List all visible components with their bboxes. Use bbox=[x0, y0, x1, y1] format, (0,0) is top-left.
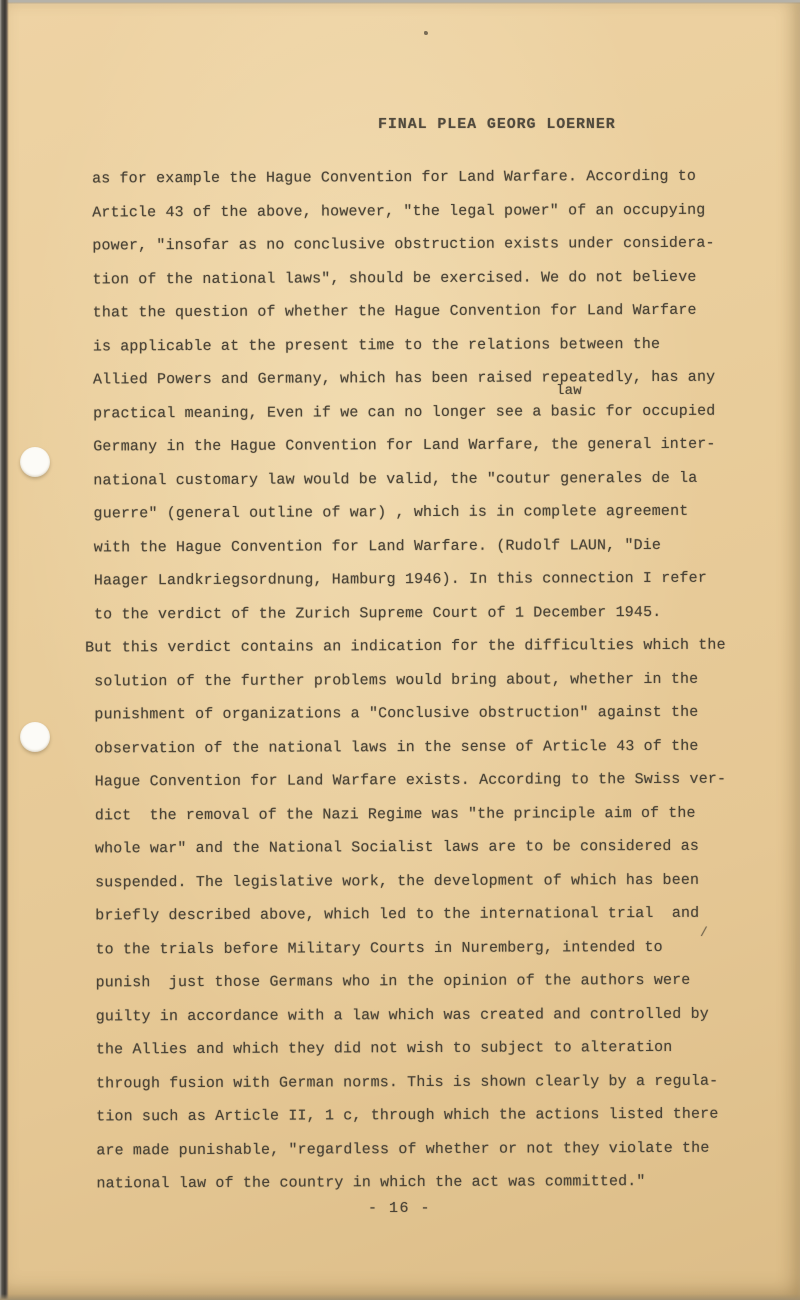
interlinear-insertion: law bbox=[556, 383, 582, 399]
scan-edge-bottom bbox=[0, 1294, 800, 1300]
text-line: suspended. The legislative work, the dev… bbox=[95, 865, 755, 901]
text-line: with the Hague Convention for Land Warfa… bbox=[94, 530, 754, 566]
text-line: tion such as Article II, 1 c, through wh… bbox=[96, 1100, 756, 1136]
text-line: Hague Convention for Land Warfare exists… bbox=[95, 765, 755, 801]
text-line: dict the removal of the Nazi Regime was … bbox=[95, 798, 755, 834]
text-line: through fusion with German norms. This i… bbox=[96, 1066, 756, 1102]
text-line: punishment of organizations a "Conclusiv… bbox=[94, 698, 754, 734]
document-body: as for example the Hague Convention for … bbox=[92, 162, 757, 1203]
text-line: to the verdict of the Zurich Supreme Cou… bbox=[94, 597, 754, 633]
text-line: But this verdict contains an indication … bbox=[85, 631, 754, 667]
text-line: as for example the Hague Convention for … bbox=[92, 162, 752, 198]
text-line: Allied Powers and Germany, which has bee… bbox=[93, 363, 753, 399]
text-line: Germany in the Hague Convention for Land… bbox=[93, 430, 753, 466]
text-line: Article 43 of the above, however, "the l… bbox=[92, 195, 752, 231]
scan-edge-top bbox=[0, 0, 800, 4]
text-line: national customary law would be valid, t… bbox=[93, 463, 753, 499]
text-line: the Allies and which they did not wish t… bbox=[96, 1033, 756, 1069]
text-line: to the trials before Military Courts in … bbox=[95, 932, 755, 968]
text-line: that the question of whether the Hague C… bbox=[93, 296, 753, 332]
text-line: guilty in accordance with a law which wa… bbox=[96, 999, 756, 1035]
text-line: power, "insofar as no conclusive obstruc… bbox=[92, 229, 752, 265]
document-title: FINAL PLEA GEORG LOERNER bbox=[378, 116, 616, 133]
scan-edge-left bbox=[0, 0, 9, 1300]
text-line: is applicable at the present time to the… bbox=[93, 329, 753, 365]
text-line: are made punishable, "regardless of whet… bbox=[96, 1133, 756, 1169]
text-line: solution of the further problems would b… bbox=[94, 664, 754, 700]
hole-punch-bottom bbox=[20, 722, 50, 752]
text-line: punish just those Germans who in the opi… bbox=[96, 966, 756, 1002]
page-number: - 16 - bbox=[368, 1200, 431, 1217]
text-line: whole war" and the National Socialist la… bbox=[95, 832, 755, 868]
scanned-page: FINAL PLEA GEORG LOERNER as for example … bbox=[0, 0, 800, 1300]
text-line: guerre" (general outline of war) , which… bbox=[93, 497, 753, 533]
text-line: national law of the country in which the… bbox=[96, 1167, 756, 1203]
ink-speck bbox=[424, 31, 428, 35]
hole-punch-top bbox=[20, 447, 50, 477]
text-line: Haager Landkriegsordnung, Hamburg 1946).… bbox=[94, 564, 754, 600]
text-line: tion of the national laws", should be ex… bbox=[92, 262, 752, 298]
text-line: practical meaning, Even if we can no lon… bbox=[93, 396, 753, 432]
text-line: observation of the national laws in the … bbox=[94, 731, 754, 767]
text-line: briefly described above, which led to th… bbox=[95, 899, 755, 935]
stray-mark: / bbox=[700, 925, 708, 940]
